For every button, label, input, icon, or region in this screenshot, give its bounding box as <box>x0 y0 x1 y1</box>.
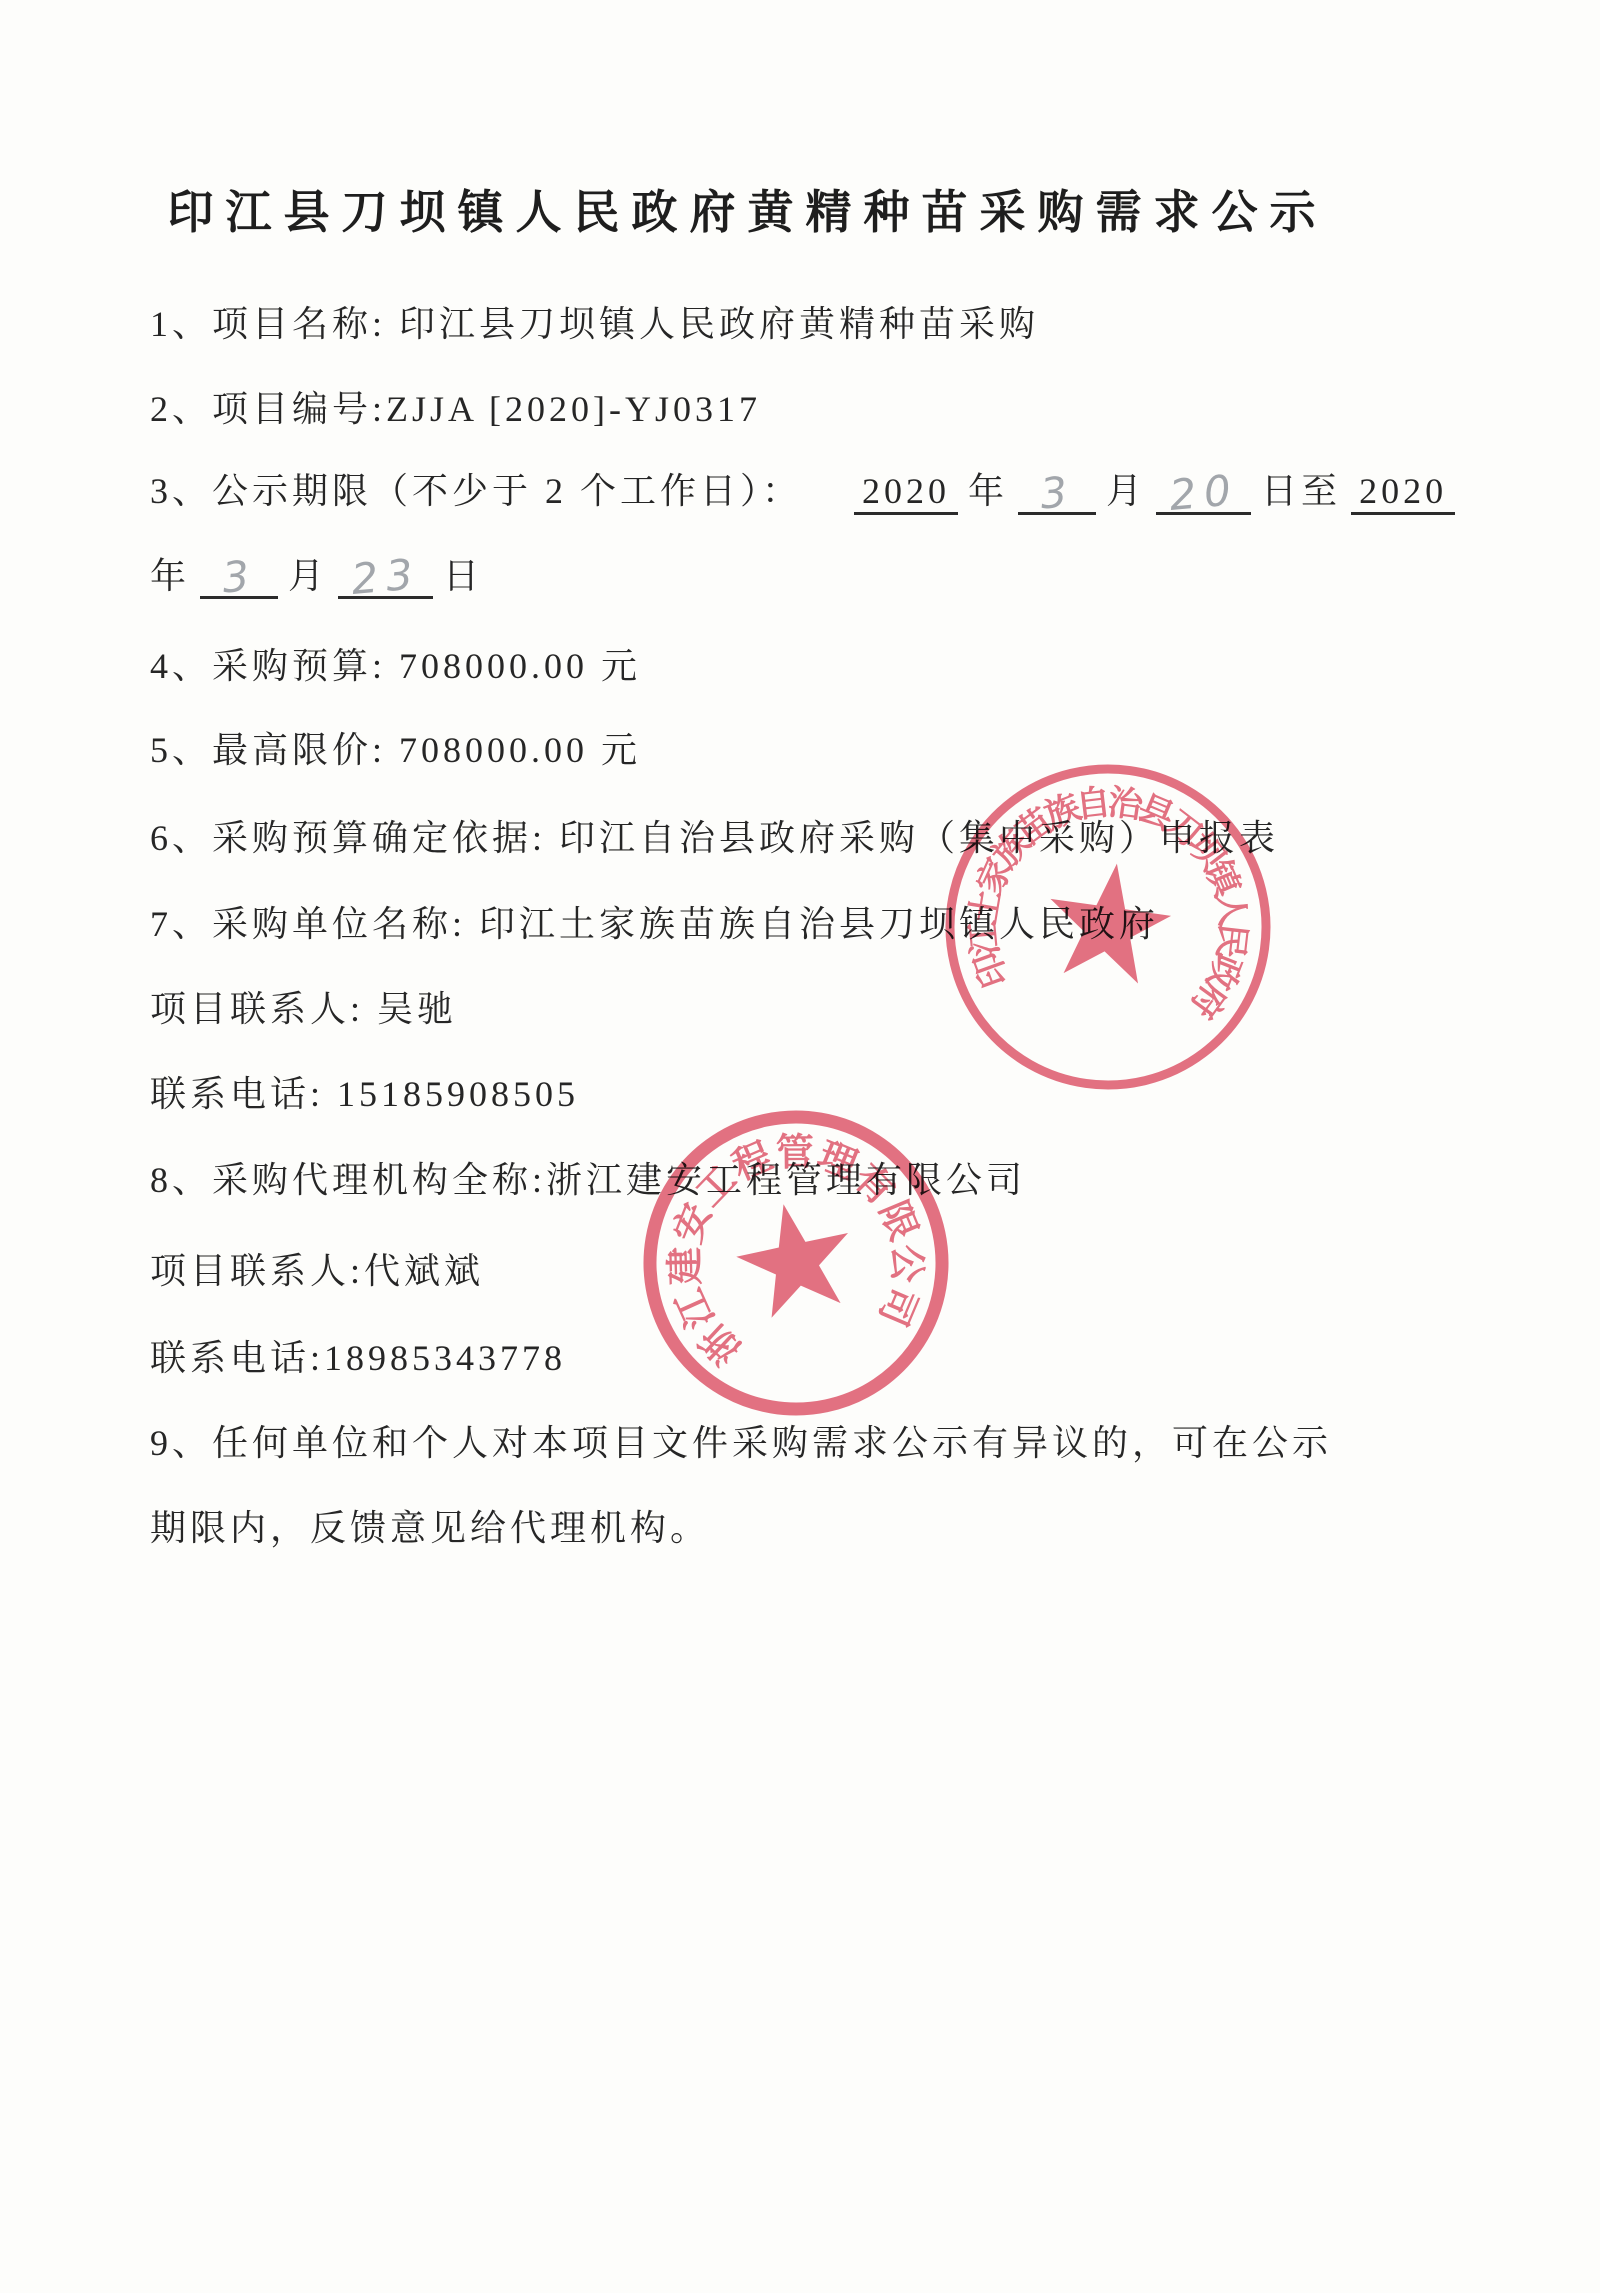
start-month-blank: 3 <box>1018 470 1096 515</box>
seal-text-char: 人 <box>1209 889 1253 929</box>
line-item-2: 2、项目编号:ZJJA [2020]-YJ0317 <box>150 381 761 432</box>
line-item-4: 4、采购预算: 708000.00 元 <box>150 638 641 689</box>
line-item-3-continued: 年3月23日 <box>150 548 483 599</box>
line-item-1: 1、项目名称: 印江县刀坝镇人民政府黄精种苗采购 <box>150 296 1039 347</box>
seal-text-char: 限 <box>871 1195 924 1246</box>
year-unit-2: 年 <box>150 556 190 596</box>
month-unit: 月 <box>1106 471 1146 511</box>
seal-text-char: 府 <box>1182 974 1234 1025</box>
seal-text-char: 浙 <box>693 1315 749 1372</box>
line-buyer-contact: 项目联系人: 吴驰 <box>150 981 457 1032</box>
seal-text-char: 安 <box>667 1198 720 1249</box>
seal-text-char: 公 <box>885 1244 927 1282</box>
line-item-8: 8、采购代理机构全称:浙江建安工程管理有限公司 <box>150 1152 1026 1203</box>
seal-text-char: 司 <box>870 1280 924 1331</box>
line-agency-phone: 联系电话:18985343778 <box>150 1330 566 1381</box>
end-day-blank: 23 <box>338 554 433 599</box>
line-item-3: 3、公示期限（不少于 2 个工作日）：2020年3月20日至2020 <box>150 463 1455 515</box>
end-month-blank: 3 <box>200 554 278 599</box>
publicity-period-label: 3、公示期限（不少于 2 个工作日）： <box>150 471 802 511</box>
day-unit-2: 日 <box>443 556 483 596</box>
to-unit: 日至 <box>1261 471 1341 511</box>
line-item-6: 6、采购预算确定依据: 印江自治县政府采购（集中采购）申报表 <box>150 810 1279 861</box>
month-unit-2: 月 <box>288 556 328 596</box>
document-page: 印江县刀坝镇人民政府黄精种苗采购需求公示 1、项目名称: 印江县刀坝镇人民政府黄… <box>0 0 1600 2293</box>
page-title: 印江县刀坝镇人民政府黄精种苗采购需求公示 <box>150 176 1345 242</box>
seal-text-char: 民 <box>1210 921 1253 960</box>
end-day-handwritten: 23 <box>350 555 422 599</box>
end-year-value: 2020 <box>1351 471 1455 515</box>
start-day-handwritten: 20 <box>1168 471 1240 515</box>
seal-text-char: 印 <box>967 946 1016 992</box>
start-year-value: 2020 <box>854 471 958 515</box>
year-unit: 年 <box>968 471 1008 511</box>
star-icon <box>728 1192 862 1322</box>
agency-seal: 浙江建安工程管理有限公司 <box>636 1103 956 1423</box>
end-month-handwritten: 3 <box>220 556 258 597</box>
line-item-7: 7、采购单位名称: 印江土家族苗族自治县刀坝镇人民政府 <box>150 896 1159 947</box>
seal-text-char: 建 <box>665 1246 708 1285</box>
start-month-handwritten: 3 <box>1038 473 1076 514</box>
start-day-blank: 20 <box>1156 470 1251 515</box>
line-buyer-phone: 联系电话: 15185908505 <box>150 1066 579 1117</box>
seal-text-char: 镇 <box>1197 854 1248 904</box>
seal-text-char: 政 <box>1199 949 1248 996</box>
line-item-5: 5、最高限价: 708000.00 元 <box>150 722 641 773</box>
line-agency-contact: 项目联系人:代斌斌 <box>150 1243 484 1294</box>
seal-text-char: 江 <box>669 1282 723 1334</box>
seal-ring <box>636 1103 956 1423</box>
line-item-9-continued: 期限内，反馈意见给代理机构。 <box>150 1500 710 1551</box>
line-item-9: 9、任何单位和个人对本项目文件采购需求公示有异议的，可在公示 <box>150 1415 1332 1466</box>
